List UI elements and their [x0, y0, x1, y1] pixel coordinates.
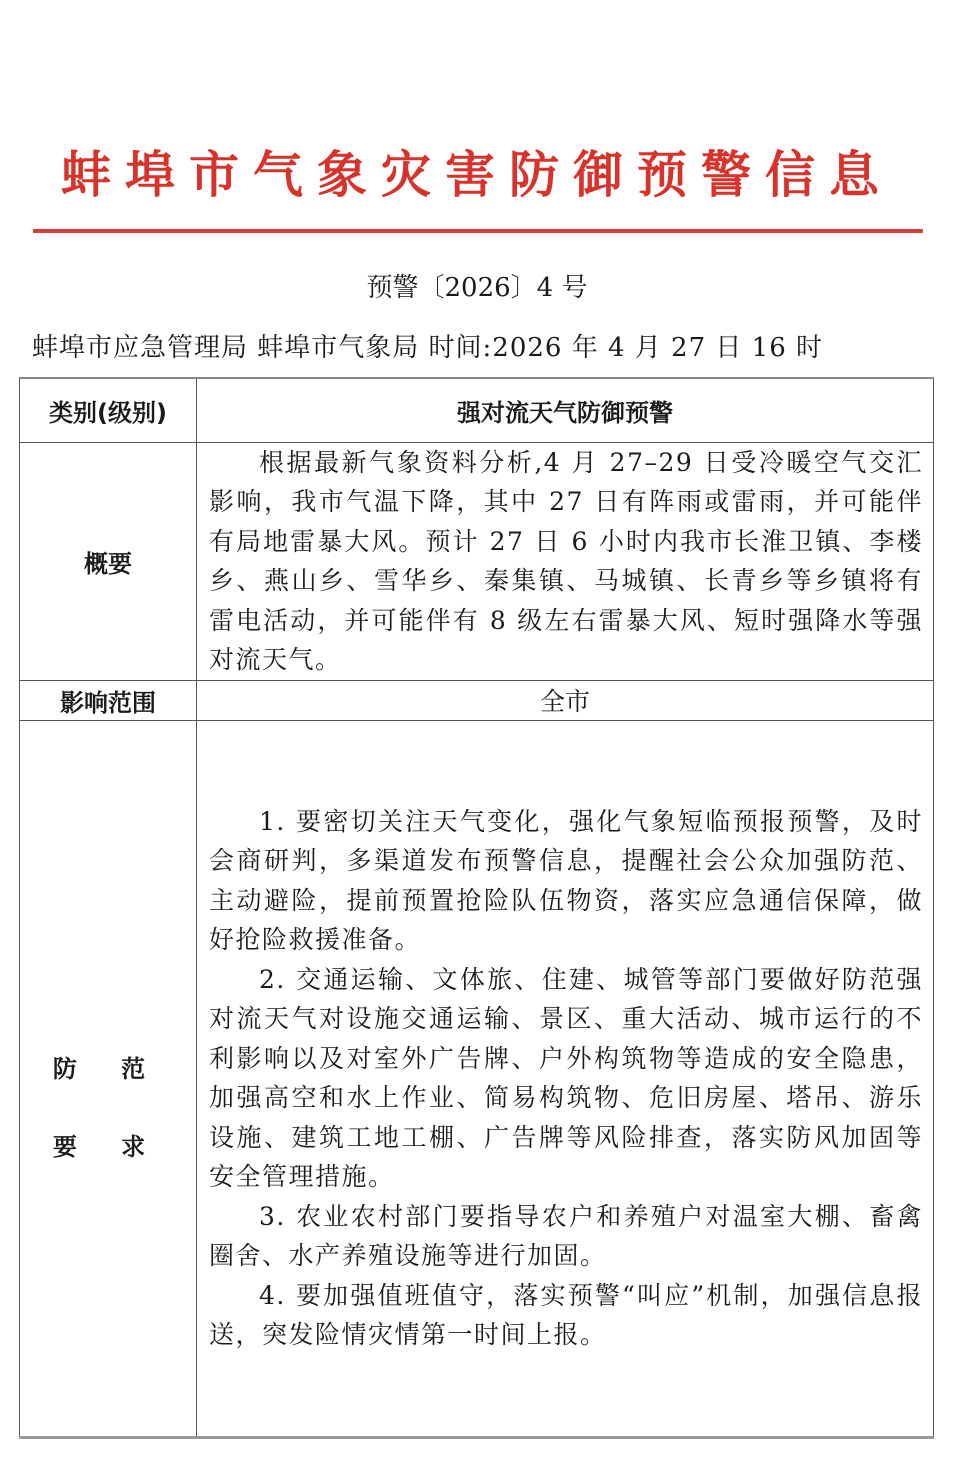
requirements-cell: 1. 要密切关注天气变化，强化气象短临预报预警，及时会商研判，多渠道发布预警信息…	[197, 720, 934, 1438]
requirement-item-2: 2. 交通运输、文体旅、住建、城管等部门要做好防范强对流天气对设施交通运输、景区…	[197, 960, 933, 1197]
scope-label: 影响范围	[20, 680, 197, 720]
row-scope: 影响范围 全市	[20, 680, 934, 720]
category-value: 强对流天气防御预警	[197, 378, 934, 442]
summary-cell: 根据最新气象资料分析,4 月 27–29 日受冷暖空气交汇影响，我市气温下降，其…	[197, 442, 934, 680]
row-requirements: 防 范 要 求 1. 要密切关注天气变化，强化气象短临预报预警，及时会商研判，多…	[20, 720, 934, 1438]
requirements-label-line1: 防 范	[20, 1030, 196, 1108]
scope-value: 全市	[197, 680, 934, 720]
requirement-item-1: 1. 要密切关注天气变化，强化气象短临预报预警，及时会商研判，多渠道发布预警信息…	[197, 802, 933, 960]
document-number: 预警〔2026〕4 号	[0, 268, 954, 308]
requirement-item-4: 4. 要加强值班值守，落实预警“叫应”机制，加强信息报送，突发险情灾情第一时间上…	[197, 1276, 933, 1355]
summary-text: 根据最新气象资料分析,4 月 27–29 日受冷暖空气交汇影响，我市气温下降，其…	[197, 443, 933, 680]
requirement-item-3: 3. 农业农村部门要指导农户和养殖户对温室大棚、畜禽圈舍、水产养殖设施等进行加固…	[197, 1197, 933, 1276]
requirements-label: 防 范 要 求	[20, 720, 197, 1438]
title-divider	[33, 229, 923, 233]
row-summary: 概要 根据最新气象资料分析,4 月 27–29 日受冷暖空气交汇影响，我市气温下…	[20, 442, 934, 680]
row-category: 类别(级别) 强对流天气防御预警	[20, 378, 934, 442]
document-title: 蚌埠市气象灾害防御预警信息	[0, 140, 954, 210]
warning-table: 类别(级别) 强对流天气防御预警 概要 根据最新气象资料分析,4 月 27–29…	[19, 377, 934, 1439]
requirements-label-line2: 要 求	[20, 1108, 196, 1186]
category-label: 类别(级别)	[20, 378, 197, 442]
issuer-and-time: 蚌埠市应急管理局 蚌埠市气象局 时间:2026 年 4 月 27 日 16 时	[32, 328, 932, 368]
summary-label: 概要	[20, 442, 197, 680]
